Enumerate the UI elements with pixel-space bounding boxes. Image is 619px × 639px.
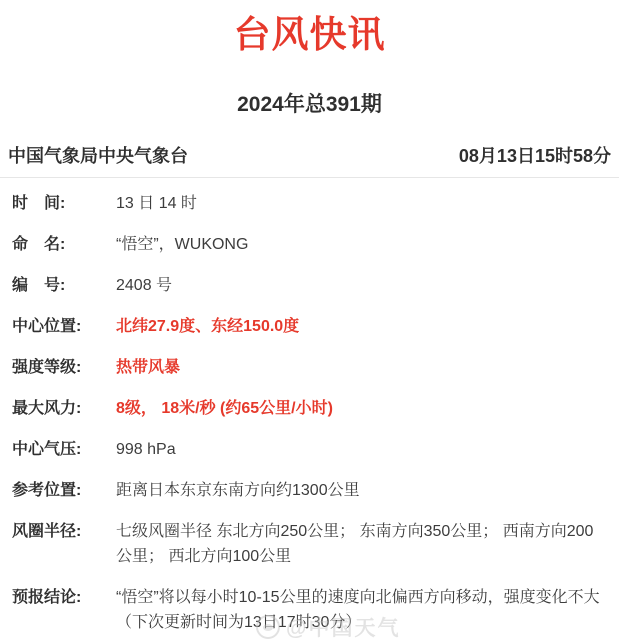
row-value-highlight: 热带风暴 xyxy=(116,355,607,380)
row-forecast-conclusion: 预报结论: “悟空”将以每小时10-15公里的速度向北偏西方向移动，强度变化不大… xyxy=(12,585,607,635)
row-wind-circle-radius: 风圈半径: 七级风圈半径 东北方向250公里； 东南方向350公里； 西南方向2… xyxy=(12,519,607,569)
row-value: 998 hPa xyxy=(116,437,607,462)
row-value: 13 日 14 时 xyxy=(116,191,607,216)
row-name: 命 名: “悟空”，WUKONG xyxy=(12,232,607,257)
row-label: 预报结论: xyxy=(12,585,116,610)
row-center-position: 中心位置: 北纬27.9度、东经150.0度 xyxy=(12,314,607,339)
row-center-pressure: 中心气压: 998 hPa xyxy=(12,437,607,462)
row-value: 2408 号 xyxy=(116,273,607,298)
row-value-highlight: 北纬27.9度、东经150.0度 xyxy=(116,314,607,339)
row-label: 时 间: xyxy=(12,191,116,216)
row-label: 编 号: xyxy=(12,273,116,298)
agency-name: 中国气象局中央气象台 xyxy=(8,142,188,168)
row-value-highlight: 8级， 18米/秒 (约65公里/小时) xyxy=(116,396,607,421)
report-datetime: 08月13日15时58分 xyxy=(459,142,611,168)
row-number: 编 号: 2408 号 xyxy=(12,273,607,298)
row-intensity-level: 强度等级: 热带风暴 xyxy=(12,355,607,380)
row-value: 距离日本东京东南方向约1300公里 xyxy=(116,478,607,503)
row-max-wind: 最大风力: 8级， 18米/秒 (约65公里/小时) xyxy=(12,396,607,421)
row-label: 强度等级: xyxy=(12,355,116,380)
row-time: 时 间: 13 日 14 时 xyxy=(12,191,607,216)
row-label: 中心气压: xyxy=(12,437,116,462)
row-value: “悟空”将以每小时10-15公里的速度向北偏西方向移动，强度变化不大 （下次更新… xyxy=(116,585,607,635)
row-label: 命 名: xyxy=(12,232,116,257)
page-title: 台风快讯 xyxy=(0,15,619,56)
row-value: 七级风圈半径 东北方向250公里； 东南方向350公里； 西南方向200公里； … xyxy=(116,519,607,569)
next-update-time: （下次更新时间为13日17时30分） xyxy=(116,610,607,635)
row-reference-position: 参考位置: 距离日本东京东南方向约1300公里 xyxy=(12,478,607,503)
typhoon-bulletin: 台风快讯 2024年总391期 中国气象局中央气象台 08月13日15时58分 … xyxy=(0,0,619,639)
forecast-text: “悟空”将以每小时10-15公里的速度向北偏西方向移动，强度变化不大 xyxy=(116,589,600,606)
agency-row: 中国气象局中央气象台 08月13日15时58分 xyxy=(0,142,619,168)
issue-number: 2024年总391期 xyxy=(0,88,619,118)
row-label: 最大风力: xyxy=(12,396,116,421)
row-label: 参考位置: xyxy=(12,478,116,503)
row-label: 风圈半径: xyxy=(12,519,116,544)
info-rows: 时 间: 13 日 14 时 命 名: “悟空”，WUKONG 编 号: 240… xyxy=(0,178,619,635)
row-label: 中心位置: xyxy=(12,314,116,339)
row-value: “悟空”，WUKONG xyxy=(116,232,607,257)
